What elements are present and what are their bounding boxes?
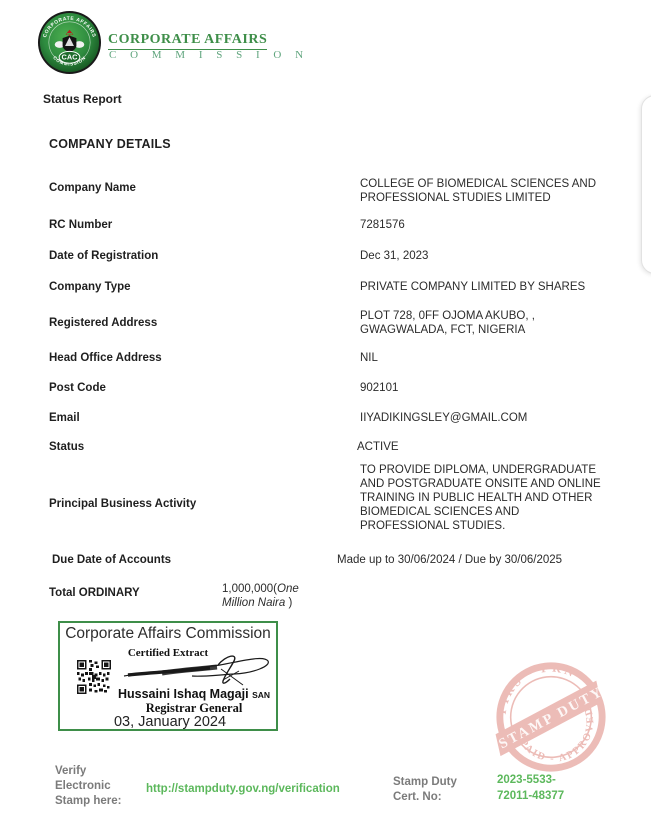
field-label: Due Date of Accounts: [52, 553, 171, 567]
verify-stamp-label: Verify Electronic Stamp here:: [55, 764, 137, 809]
report-title: Status Report: [43, 92, 122, 106]
stamp-duty-cert-number: 2023-5533- 72011-48377: [497, 772, 589, 804]
field-label: Total ORDINARY: [49, 586, 140, 600]
field-value: IIYADIKINGSLEY@GMAIL.COM: [360, 411, 610, 425]
field-value: ACTIVE: [357, 440, 607, 454]
field-label: Status: [49, 440, 84, 454]
field-label: Date of Registration: [49, 249, 158, 263]
stamp-duty-cert-label: Stamp Duty Cert. No:: [393, 775, 473, 805]
field-value: Dec 31, 2023: [360, 249, 610, 263]
status-report-page: CORPORATE AFFAIRS COMMISSION CAC CORPORA…: [0, 0, 651, 830]
edge-panel-handle[interactable]: [641, 95, 651, 274]
field-value: 7281576: [360, 218, 610, 232]
field-value: 902101: [360, 381, 610, 395]
certificate-date: 03, January 2024: [60, 714, 280, 730]
registrar-name: Hussaini Ishaq Magaji SAN: [110, 687, 278, 701]
certificate-org-title: Corporate Affairs Commission: [60, 625, 276, 643]
field-value: NIL: [360, 351, 610, 365]
field-value: TO PROVIDE DIPLOMA, UNDERGRADUATE AND PO…: [360, 463, 615, 533]
qr-code: [77, 660, 111, 694]
seal-cac-text: CAC: [62, 53, 79, 62]
section-title: COMPANY DETAILS: [49, 137, 171, 151]
field-label: Company Type: [49, 280, 131, 294]
field-value: PRIVATE COMPANY LIMITED BY SHARES: [360, 280, 620, 294]
field-label: Registered Address: [49, 316, 157, 330]
stamp-verification-link[interactable]: http://stampduty.gov.ng/verification: [146, 783, 340, 795]
wordmark-corporate-affairs: CORPORATE AFFAIRS: [108, 32, 267, 50]
wordmark-commission: C O M M I S S I O N: [109, 49, 309, 61]
registrar-signature: [122, 649, 272, 691]
share-capital-value: 1,000,000(One Million Naira ): [222, 582, 320, 610]
field-label: Head Office Address: [49, 351, 162, 365]
field-label: RC Number: [49, 218, 112, 232]
field-label: Email: [49, 411, 80, 425]
field-label: Post Code: [49, 381, 106, 395]
field-value: COLLEGE OF BIOMEDICAL SCIENCES AND PROFE…: [360, 177, 610, 205]
field-value: PLOT 728, 0FF OJOMA AKUBO, , GWAGWALADA,…: [360, 309, 610, 337]
certified-extract-box: Corporate Affairs Commission Certified E…: [58, 621, 278, 731]
stamp-duty-stamp: FIRS - FRN PAID - APPROVED STAMP DUTY: [492, 658, 610, 776]
cac-seal-logo: CORPORATE AFFAIRS COMMISSION CAC: [37, 10, 102, 75]
field-value: Made up to 30/06/2024 / Due by 30/06/202…: [337, 553, 637, 567]
field-label: Company Name: [49, 181, 136, 195]
field-label: Principal Business Activity: [49, 497, 196, 511]
